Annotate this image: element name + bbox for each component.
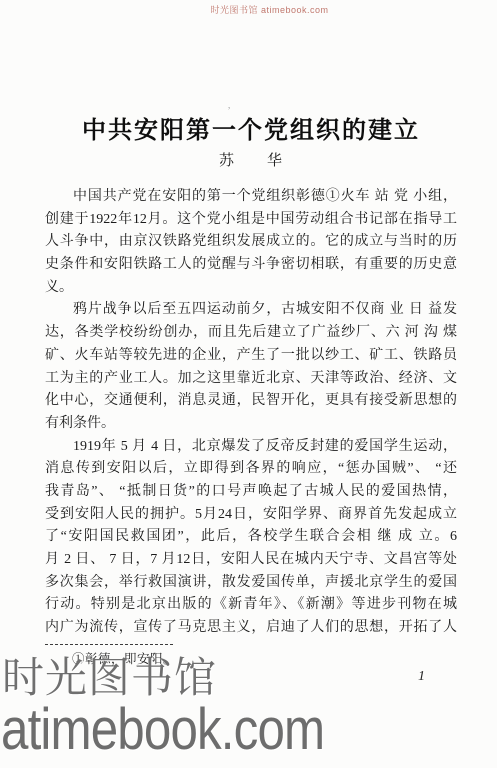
text-line: 了“安阳国民救国团”，此后，各校学生联合会相 继 成 立。6 — [45, 526, 457, 549]
scanned-book-page: 时光图书馆 atimebook.com , . 中共安阳第一个党组织的建立 苏 … — [0, 0, 497, 768]
text-line: 矿、火车站等较先进的企业，产生了一批以纱工、矿工、铁路员 — [45, 345, 457, 368]
text-line: 多次集会，举行救国演讲，散发爱国传单，声援北京学生的爱国 — [45, 572, 457, 595]
text-line: 鸦片战争以后至五四运动前夕，古城安阳不仅商 业 日 益发 — [45, 299, 457, 322]
footnote-separator — [45, 644, 173, 645]
text-line: 受到安阳人民的拥护。5月24日，安阳学界、商界首先发起成立 — [45, 504, 457, 527]
text-line: 1919年 5 月 4 日，北京爆发了反帝反封建的爱国学生运动， — [45, 436, 457, 459]
text-line: 月 2 日、 7 日，7 月12日，安阳人民在城内天宁寺、文昌宫等处 — [45, 549, 457, 572]
page-number: 1 — [418, 669, 425, 685]
text-line: 史条件和安阳铁路工人的觉醒与斗争密切相联，有重要的历史意 — [45, 254, 457, 277]
bottom-watermark-url: atimebook.com — [1, 701, 324, 759]
text-line: 达，各类学校纷纷创办，而且先后建立了广益纱厂、六 河 沟 煤 — [45, 322, 457, 345]
text-line: 内广为流传，宣传了马克思主义，启迪了人们的思想，开拓了人 — [45, 617, 457, 640]
text-line: 创建于1922年12月。这个党小组是中国劳动组合书记部在指导工 — [45, 209, 457, 232]
text-line: 人斗争中，由京汉铁路党组织发展成立的。它的成立与当时的历 — [45, 231, 457, 254]
text-line: 我青岛”、 “抵制日货”的口号声唤起了古城人民的爱国热情， — [45, 481, 457, 504]
text-line: 中国共产党在安阳的第一个党组织彰德①火车 站 党 小组， — [45, 186, 457, 209]
page-title: 中共安阳第一个党组织的建立 — [45, 110, 457, 145]
text-line: 行动。特别是北京出版的《新青年》、《新潮》等进步刊物在城 — [45, 594, 457, 617]
author-name: 苏 华 — [45, 149, 457, 170]
text-line: 有利条件。 — [45, 413, 457, 436]
top-watermark: 时光图书馆 atimebook.com — [0, 3, 497, 16]
text-line: 义。 — [45, 277, 457, 300]
text-line: 消息传到安阳以后，立即得到各界的响应，“惩办国贼”、 “还 — [45, 458, 457, 481]
bottom-watermark-site-name: 时光图书馆 — [2, 657, 217, 699]
text-line: 工为主的产业工人。加之这里靠近北京、天津等政治、经济、文 — [45, 368, 457, 391]
scan-speck: , — [228, 101, 230, 110]
body-text: 中国共产党在安阳的第一个党组织彰德①火车 站 党 小组，创建于1922年12月。… — [45, 186, 457, 640]
text-line: 化中心，交通便利，消息灵通，民智开化，更具有接受新思想的 — [45, 390, 457, 413]
